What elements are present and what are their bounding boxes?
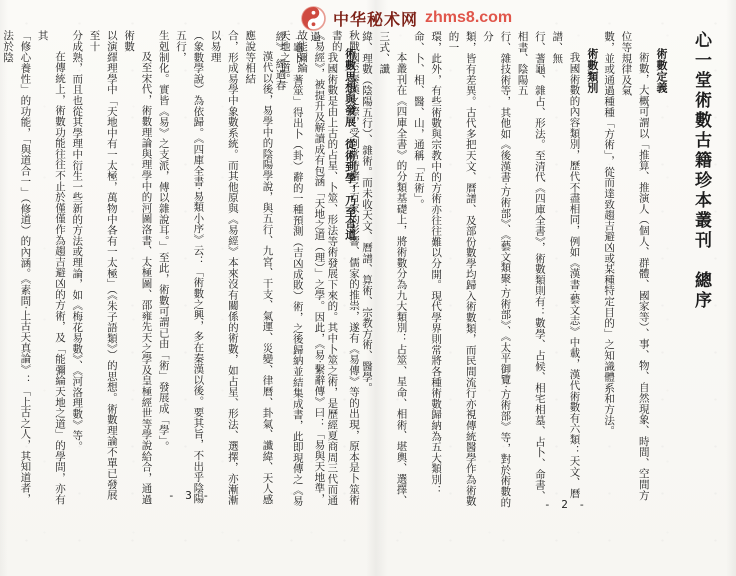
text-column: 秋戰國至秦漢之際，受到當時諸子百家的影響、儒家的推祟，遂有《易傳》等的出現，原本…	[327, 30, 362, 510]
page-number-left: - 3 -	[168, 489, 211, 502]
left-page-text-block: 秋戰國至秦漢之際，受到當時諸子百家的影響、儒家的推祟，遂有《易傳》等的出現，原本…	[30, 30, 362, 510]
text-column: 我國術數的內容類別，歷代不盡相同，例如《漢書·藝文志》中載，漢代術數有六類：天文…	[548, 31, 583, 509]
text-column: 及至宋代，術數理論與理學中的河圖洛書、太極圖、邵雍先天之學及皇極經世等學說給合，…	[120, 30, 155, 510]
text-column: 漢代以後，易學中的陰陽學說，與五行、九宮、干支、氣運、災變、律曆、卦氣、讖緯、天…	[241, 30, 276, 510]
text-column: 環，此外，有些術數與宗教中的方術亦往往難以分開。現代學界則常將各種術數歸納為五大…	[427, 31, 444, 509]
book-title: 心一堂術數古籍珍本叢刊 總序	[686, 31, 716, 509]
text-column: （象數學說）為依歸。《四庫全書·易類小序》云：「術數之興，多在秦漢以後。要其旨，…	[172, 30, 207, 510]
right-page-text-block: 心一堂術數古籍珍本叢刊 總序 術數定義術數，大概可謂以「推算、推演人（個人、群體…	[390, 31, 716, 509]
text-column: 生剋制化。實皆《易》之支派，傅以雜說耳。」至此，術數可謂已由「術」發展成「學」。	[154, 30, 171, 510]
section-heading: 術數類別	[583, 31, 600, 509]
taiji-icon	[301, 6, 326, 31]
text-column: 類，皆有差異。古代多把天文、曆譜、及部份數學均歸入術數類，而民間流行亦視傳統醫學…	[444, 31, 479, 509]
text-column: 分成熟，而且也從其學理中衍生一些新的方法或理論，如《梅花易數》、《河洛理數》等。	[68, 30, 85, 510]
text-column: 命、卜、相、醫、山，通稱「五術」。	[410, 31, 427, 509]
right-page-edge-shading	[726, 0, 736, 576]
text-column: 合，形成易學中象數系統。而其他原與《易經》本來沒有關係的術數，如占星、形法、選擇…	[206, 30, 241, 510]
text-column: 以演繹理學中「天地中有一太極，萬物中各有一太極」（《朱子語類》）的思想。術數理論…	[85, 30, 120, 510]
text-column: 數，並或通過種種「方術」，從而達致趨吉避凶或某種特定目的」之知識體系和方法。	[600, 31, 617, 509]
text-column: 「修心養性」的功能，「與道合一」（修道）的內涵。《素問·上古天真論》：「上古之人…	[0, 30, 33, 510]
site-url: zhms8.com	[425, 9, 512, 27]
text-column: 術數，大概可謂以「推算、推演人（個人、群體、國家等）、事、物、自然現象、時間、空…	[617, 31, 652, 509]
scanned-book-spread: 中华秘术网 zhms8.com 心一堂術數古籍珍本叢刊 總序 術數定義術數，大概…	[0, 0, 736, 576]
text-column: 在傳統上，術數功能往往不止於僅僅作為趨吉避凶的方術，及「能彌綸天地之道」的學問，…	[33, 30, 68, 510]
text-column: 行、蓍龜、雜占、形法。至清代《四庫全書》，術數類則有：數學、占候、相宅相墓、占卜…	[513, 31, 548, 509]
site-name: 中华秘术网	[333, 7, 418, 30]
page-number-right: - 2 -	[544, 498, 587, 511]
text-column: 行、雜技術等，其他如《後漢書·方術部》、《藝文類聚·方術部》、《太平御覽·方術部…	[479, 31, 514, 509]
text-column: 天地之道。」	[276, 30, 293, 510]
text-column: 《易經》，被提升及解讀成有包涵「天地之道（理）」之學。因此，《易·繫辭傳》曰：「…	[293, 30, 328, 510]
section-heading: 術數定義	[652, 31, 669, 509]
text-column: 本叢刊在《四庫全書》的分類基礎上，將術數分為九大類別：占筮、星命、相術、堪輿、選…	[375, 31, 410, 509]
site-watermark-header: 中华秘术网 zhms8.com	[301, 4, 512, 32]
